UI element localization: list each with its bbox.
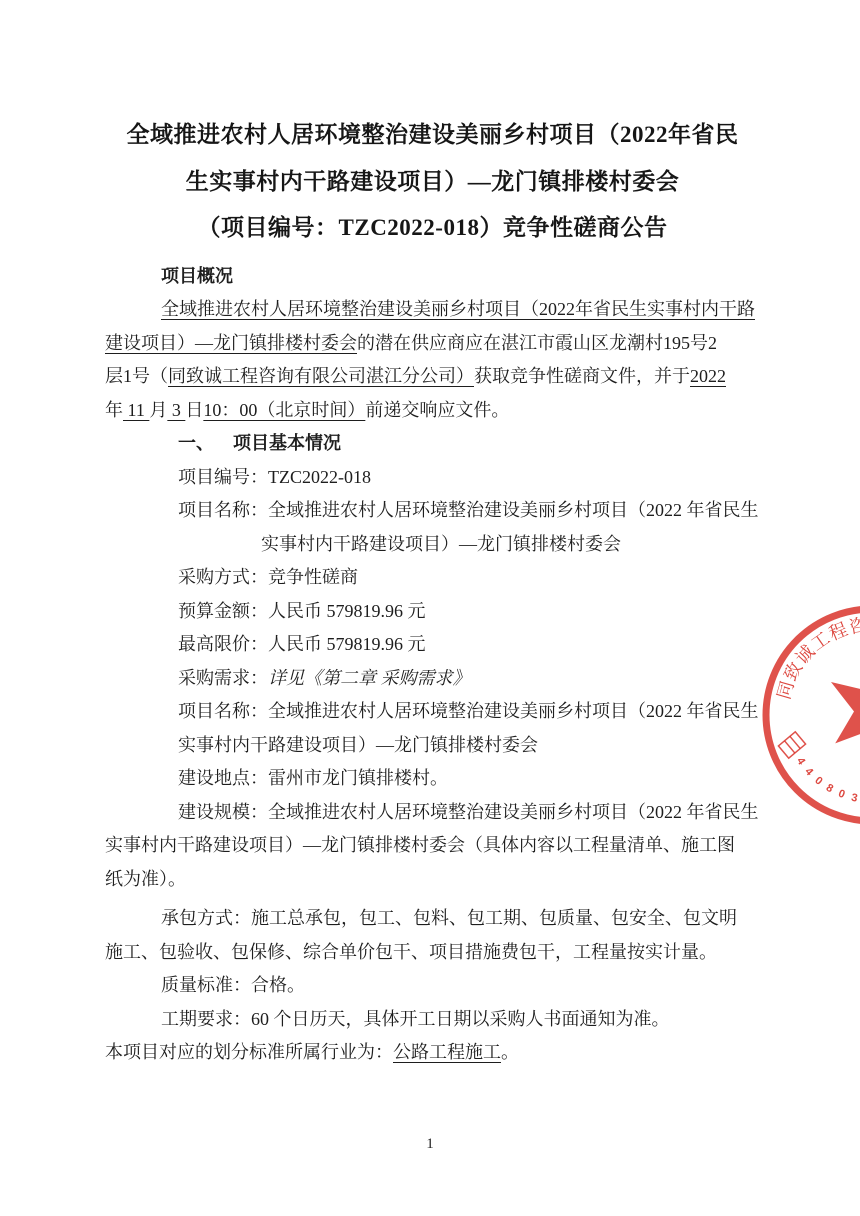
- seal-inner-mark: [778, 732, 805, 758]
- field-label: 建设地点：: [178, 768, 268, 788]
- field-scale-cont-1: 实事村内干路建设项目）—龙门镇排楼村委会（具体内容以工程量清单、施工图: [105, 829, 760, 863]
- field-budget: 预算金额：人民币 579819.96 元: [105, 595, 760, 629]
- field-text: 项目名称：全域推进农村人居环境整治建设美丽乡村项目（2022 年省民生: [178, 701, 759, 721]
- overview-underline-project: 全域推进农村人居环境整治建设美丽乡村项目（2022年省民生实事村内干路: [161, 299, 755, 319]
- overview-underline-day: 3: [167, 400, 185, 420]
- title-line-1: 全域推进农村人居环境整治建设美丽乡村项目（2022年省民: [105, 112, 760, 159]
- seal-star: [831, 660, 860, 759]
- svg-text:8: 8: [824, 782, 835, 795]
- field-label: 项目名称：: [178, 500, 268, 520]
- overview-line-2: 建设项目）—龙门镇排楼村委会的潜在供应商应在湛江市霞山区龙潮村195号2: [105, 327, 760, 361]
- overview-heading: 项目概况: [105, 260, 760, 294]
- section-number: 一、: [178, 433, 214, 453]
- overview-underline-time: 10：00（北京时间）: [203, 400, 365, 420]
- field-location: 建设地点：雷州市龙门镇排楼村。: [105, 762, 760, 796]
- field-max-price: 最高限价：人民币 579819.96 元: [105, 628, 760, 662]
- svg-text:4: 4: [794, 755, 808, 767]
- overview-text: 月: [149, 400, 167, 420]
- seal-serial-digits: 4 4 0 8 0 3 4: [794, 755, 860, 806]
- field-text: 本项目对应的划分标准所属行业为：: [105, 1042, 393, 1062]
- field-value: 实事村内干路建设项目）—龙门镇排楼村委会: [261, 534, 621, 554]
- field-contract-cont: 施工、包验收、包保修、综合单价包干、项目措施费包干，工程量按实计量。: [105, 936, 760, 970]
- overview-line-1: 全域推进农村人居环境整治建设美丽乡村项目（2022年省民生实事村内干路: [105, 293, 760, 327]
- seal-ring: [766, 609, 860, 821]
- overview-underline-month: 11: [123, 400, 149, 420]
- overview-underline-year: 2022: [690, 366, 726, 386]
- field-value: 雷州市龙门镇排楼村。: [268, 768, 448, 788]
- field-industry: 本项目对应的划分标准所属行业为：公路工程施工。: [105, 1036, 760, 1070]
- overview-text: 获取竞争性磋商文件，并于: [474, 366, 690, 386]
- field-procurement-method: 采购方式：竞争性磋商: [105, 561, 760, 595]
- title-line-2: 生实事村内干路建设项目）—龙门镇排楼村委会: [105, 159, 760, 206]
- svg-text:同: 同: [773, 679, 797, 702]
- field-label: 预算金额：: [178, 601, 268, 621]
- field-scale: 建设规模：全域推进农村人居环境整治建设美丽乡村项目（2022 年省民生: [105, 796, 760, 830]
- document-body: 项目概况 全域推进农村人居环境整治建设美丽乡村项目（2022年省民生实事村内干路…: [105, 260, 760, 1070]
- field-value: TZC2022-018: [268, 467, 371, 487]
- field-text: 建设规模：全域推进农村人居环境整治建设美丽乡村项目（2022 年省民生: [178, 802, 759, 822]
- section-1-heading: 一、项目基本情况: [105, 427, 760, 461]
- field-label: 最高限价：: [178, 634, 268, 654]
- svg-text:程: 程: [826, 619, 850, 644]
- svg-text:致: 致: [780, 659, 806, 684]
- field-value: 人民币 579819.96 元: [268, 634, 426, 654]
- overview-text: 层1号（: [105, 366, 168, 386]
- field-scale-cont-2: 纸为准）。: [105, 863, 760, 897]
- field-text: 实事村内干路建设项目）—龙门镇排楼村委会（具体内容以工程量清单、施工图: [105, 835, 735, 855]
- overview-underline-agency: 同致诚工程咨询有限公司湛江分公司）: [168, 366, 474, 386]
- overview-text: 年: [105, 400, 123, 420]
- field-text: 质量标准：合格。: [161, 975, 305, 995]
- overview-underline-project-cont: 建设项目）—龙门镇排楼村委会: [105, 333, 357, 353]
- overview-line-4: 年 11 月 3 日10：00（北京时间）前递交响应文件。: [105, 394, 760, 428]
- field-quality: 质量标准：合格。: [105, 969, 760, 1003]
- field-label: 项目编号：: [178, 467, 268, 487]
- field-text: 纸为准）。: [105, 869, 186, 889]
- svg-text:工: 工: [807, 628, 833, 655]
- field-text: 承包方式：施工总承包，包工、包料、包工期、包质量、包安全、包文明: [161, 908, 737, 928]
- field-label: 采购需求：: [178, 668, 268, 688]
- field-value: 全域推进农村人居环境整治建设美丽乡村项目（2022 年省民生: [268, 500, 759, 520]
- document-title: 全域推进农村人居环境整治建设美丽乡村项目（2022年省民 生实事村内干路建设项目…: [105, 112, 760, 252]
- field-value: 竞争性磋商: [268, 567, 358, 587]
- overview-text: 日: [185, 400, 203, 420]
- field-value: 人民币 579819.96 元: [268, 601, 426, 621]
- document-content: 全域推进农村人居环境整治建设美丽乡村项目（2022年省民 生实事村内干路建设项目…: [105, 0, 760, 1070]
- svg-text:4: 4: [802, 766, 816, 779]
- section-title: 项目基本情况: [233, 427, 341, 461]
- svg-text:诚: 诚: [792, 641, 819, 668]
- field-contract: 承包方式：施工总承包，包工、包料、包工期、包质量、包安全、包文明: [105, 902, 760, 936]
- field-project-name-cont: 实事村内干路建设项目）—龙门镇排楼村委会: [105, 528, 760, 562]
- field-label: 采购方式：: [178, 567, 268, 587]
- industry-underline: 公路工程施工: [393, 1042, 501, 1062]
- overview-text: 的潜在供应商应在湛江市霞山区龙潮村195号2: [357, 333, 717, 353]
- field-text: 实事村内干路建设项目）—龙门镇排楼村委会: [178, 735, 538, 755]
- svg-text:0: 0: [837, 788, 847, 801]
- field-text: 。: [501, 1042, 519, 1062]
- overview-line-3: 层1号（同致诚工程咨询有限公司湛江分公司）获取竞争性磋商文件，并于2022: [105, 360, 760, 394]
- field-value: 详见《第二章 采购需求》: [268, 668, 471, 688]
- document-page: 全域推进农村人居环境整治建设美丽乡村项目（2022年省民 生实事村内干路建设项目…: [0, 0, 860, 1216]
- field-text: 施工、包验收、包保修、综合单价包干、项目措施费包干，工程量按实计量。: [105, 942, 717, 962]
- field-project-name: 项目名称：全域推进农村人居环境整治建设美丽乡村项目（2022 年省民生: [105, 494, 760, 528]
- page-number: 1: [0, 1136, 860, 1153]
- field-project-name-2: 项目名称：全域推进农村人居环境整治建设美丽乡村项目（2022 年省民生: [105, 695, 760, 729]
- field-project-name-2-cont: 实事村内干路建设项目）—龙门镇排楼村委会: [105, 729, 760, 763]
- svg-text:0: 0: [812, 774, 824, 787]
- svg-text:3: 3: [850, 792, 858, 805]
- overview-text: 前递交响应文件。: [365, 400, 509, 420]
- svg-text:咨: 咨: [848, 615, 860, 638]
- seal-company-arc: 同 致 诚 工 程 咨 询 有 限 公 司: [773, 615, 860, 702]
- field-text: 工期要求：60 个日历天，具体开工日期以采购人书面通知为准。: [161, 1009, 670, 1029]
- field-project-no: 项目编号：TZC2022-018: [105, 461, 760, 495]
- title-line-3: （项目编号：TZC2022-018）竞争性磋商公告: [105, 205, 760, 252]
- field-requirement: 采购需求：详见《第二章 采购需求》: [105, 662, 760, 696]
- field-duration: 工期要求：60 个日历天，具体开工日期以采购人书面通知为准。: [105, 1003, 760, 1037]
